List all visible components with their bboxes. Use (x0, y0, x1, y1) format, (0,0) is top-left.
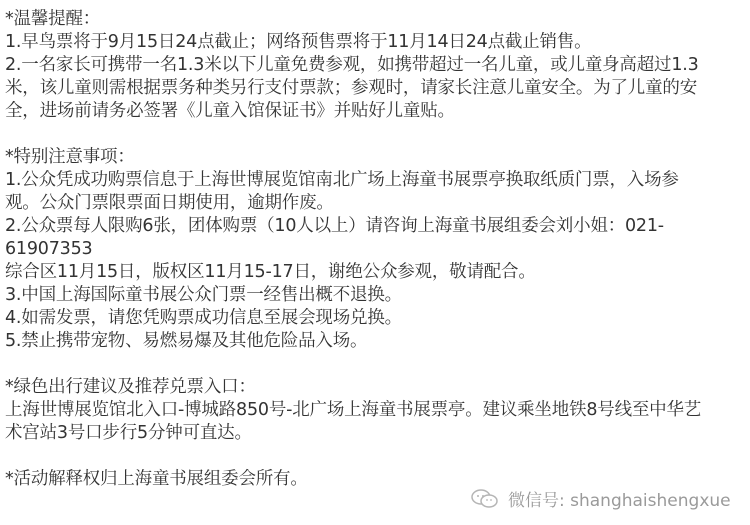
special-line: 3.中国上海国际童书展公众门票一经售出概不退换。 (5, 284, 747, 307)
notice-title: *温馨提醒： (5, 8, 747, 31)
spacer (5, 445, 747, 468)
special-title: *特别注意事项： (5, 146, 747, 169)
travel-line: 术宫站3号口步行5分钟可直达。 (5, 422, 747, 445)
travel-title: *绿色出行建议及推荐兑票入口： (5, 376, 747, 399)
notice-line: 2.一名家长可携带一名1.3米以下儿童免费参观，如携带超过一名儿童，或儿童身高超… (5, 54, 747, 77)
document-body: *温馨提醒： 1.早鸟票将于9月15日24点截止；网络预售票将于11月14日24… (5, 8, 747, 491)
spacer (5, 123, 747, 146)
special-line: 1.公众凭成功购票信息于上海世博展览馆南北广场上海童书展票亭换取纸质门票，入场参 (5, 169, 747, 192)
special-line: 2.公众票每人限购6张，团体购票（10人以上）请咨询上海童书展组委会刘小姐：02… (5, 215, 747, 238)
special-line: 观。公众门票限票面日期使用，逾期作废。 (5, 192, 747, 215)
notice-line: 全，进场前请务必签署《儿童入馆保证书》并贴好儿童贴。 (5, 100, 747, 123)
wechat-watermark: 微信号: shanghaishengxue (470, 486, 731, 511)
special-line: 5.禁止携带宠物、易燃易爆及其他危险品入场。 (5, 330, 747, 353)
watermark-text: 微信号: shanghaishengxue (508, 486, 731, 511)
notice-line: 米，该儿童则需根据票务种类另行支付票款；参观时，请家长注意儿童安全。为了儿童的安 (5, 77, 747, 100)
travel-line: 上海世博展览馆北入口-博城路850号-北广场上海童书展票亭。建议乘坐地铁8号线至… (5, 399, 747, 422)
special-line: 61907353 (5, 238, 747, 261)
special-line: 4.如需发票，请您凭购票成功信息至展会现场兑换。 (5, 307, 747, 330)
spacer (5, 353, 747, 376)
wechat-icon (470, 488, 500, 510)
notice-line: 1.早鸟票将于9月15日24点截止；网络预售票将于11月14日24点截止销售。 (5, 31, 747, 54)
special-line: 综合区11月15日，版权区11月15-17日，谢绝公众参观，敬请配合。 (5, 261, 747, 284)
